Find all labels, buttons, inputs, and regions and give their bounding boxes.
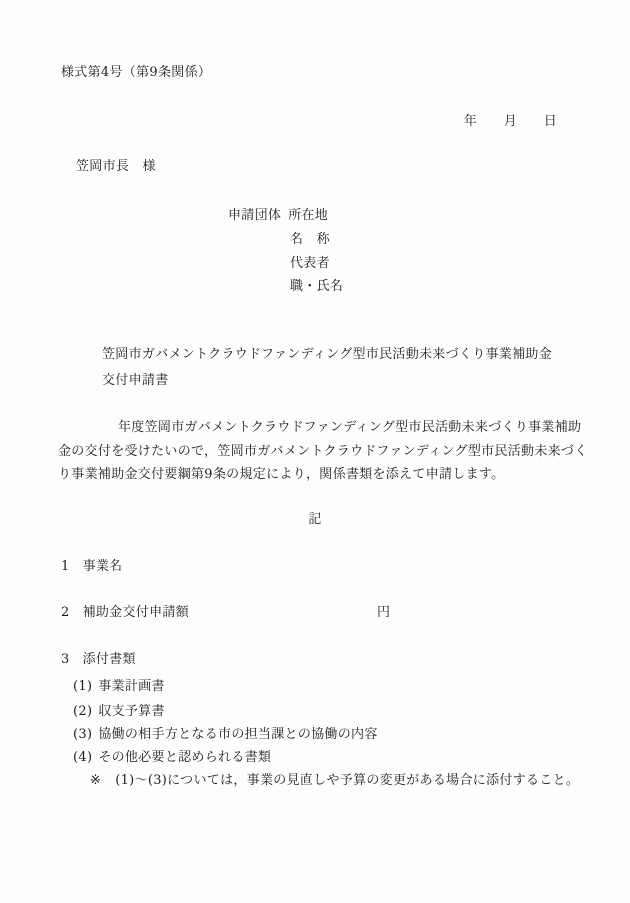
item-1-label: 事業名 [83, 558, 123, 576]
form-number: 様式第4号（第9条関係） [61, 64, 211, 82]
item-2-unit-yen: 円 [377, 604, 390, 622]
attachment-4: (4) その他必要と認められる書類 [73, 749, 271, 767]
note-line: ※ (1)～(3)については，事業の見直しや予算の変更がある場合に添付すること。 [90, 772, 579, 790]
attachment-1-number: (1) [73, 678, 92, 696]
body-line2: 金の交付を受けたいので，笠岡市ガバメントクラウドファンディング型市民活動未来づく [58, 443, 588, 461]
item-3-attached-documents: 3 添付書類 [61, 651, 136, 669]
note-text: (1)～(3)については，事業の見直しや予算の変更がある場合に添付すること。 [115, 772, 579, 790]
applicant-name-label: 名 称 [290, 231, 330, 249]
attachment-2-text: 収支予算書 [98, 703, 165, 721]
attachment-4-text: その他必要と認められる書類 [98, 749, 271, 767]
record-marker: 記 [0, 511, 630, 529]
item-2-grant-amount: 2 補助金交付申請額 [61, 604, 189, 622]
applicant-address-label: 所在地 [288, 207, 328, 225]
document-title-line1: 笠岡市ガバメントクラウドファンディング型市民活動未来づくり事業補助金 [102, 346, 552, 364]
body-line1: 年度笠岡市ガバメントクラウドファンディング型市民活動未来づくり事業補助 [118, 419, 581, 437]
attachment-3-text: 協働の相手方となる市の担当課との協働の内容 [98, 726, 377, 744]
attachment-1: (1) 事業計画書 [73, 678, 165, 696]
item-3-number: 3 [61, 651, 70, 669]
date-line: 年 月 日 [464, 113, 557, 131]
attachment-3: (3) 協働の相手方となる市の担当課との協働の内容 [73, 726, 378, 744]
body-line3: り事業補助金交付要綱第9条の規定により，関係書類を添えて申請します。 [58, 466, 504, 484]
document-page: 様式第4号（第9条関係） 年 月 日 笠岡市長 様 申請団体 所在地 名 称 代… [0, 0, 630, 903]
item-1-project-name: 1 事業名 [61, 558, 122, 576]
addressee: 笠岡市長 様 [76, 158, 156, 176]
item-1-number: 1 [61, 558, 70, 576]
attachment-4-number: (4) [73, 749, 92, 767]
attachment-2: (2) 収支予算書 [73, 703, 165, 721]
item-3-label: 添付書類 [83, 651, 136, 669]
attachment-2-number: (2) [73, 703, 92, 721]
applicant-title-name-label: 職・氏名 [290, 278, 343, 296]
item-2-number: 2 [61, 604, 70, 622]
applicant-label: 申請団体 [228, 207, 281, 225]
note-marker: ※ [90, 772, 101, 790]
attachment-1-text: 事業計画書 [98, 678, 165, 696]
applicant-representative-label: 代表者 [290, 255, 330, 273]
item-2-label: 補助金交付申請額 [83, 604, 189, 622]
applicant-row-address: 申請団体 所在地 [228, 207, 328, 225]
document-title-line2: 交付申請書 [102, 372, 169, 390]
attachment-3-number: (3) [73, 726, 92, 744]
